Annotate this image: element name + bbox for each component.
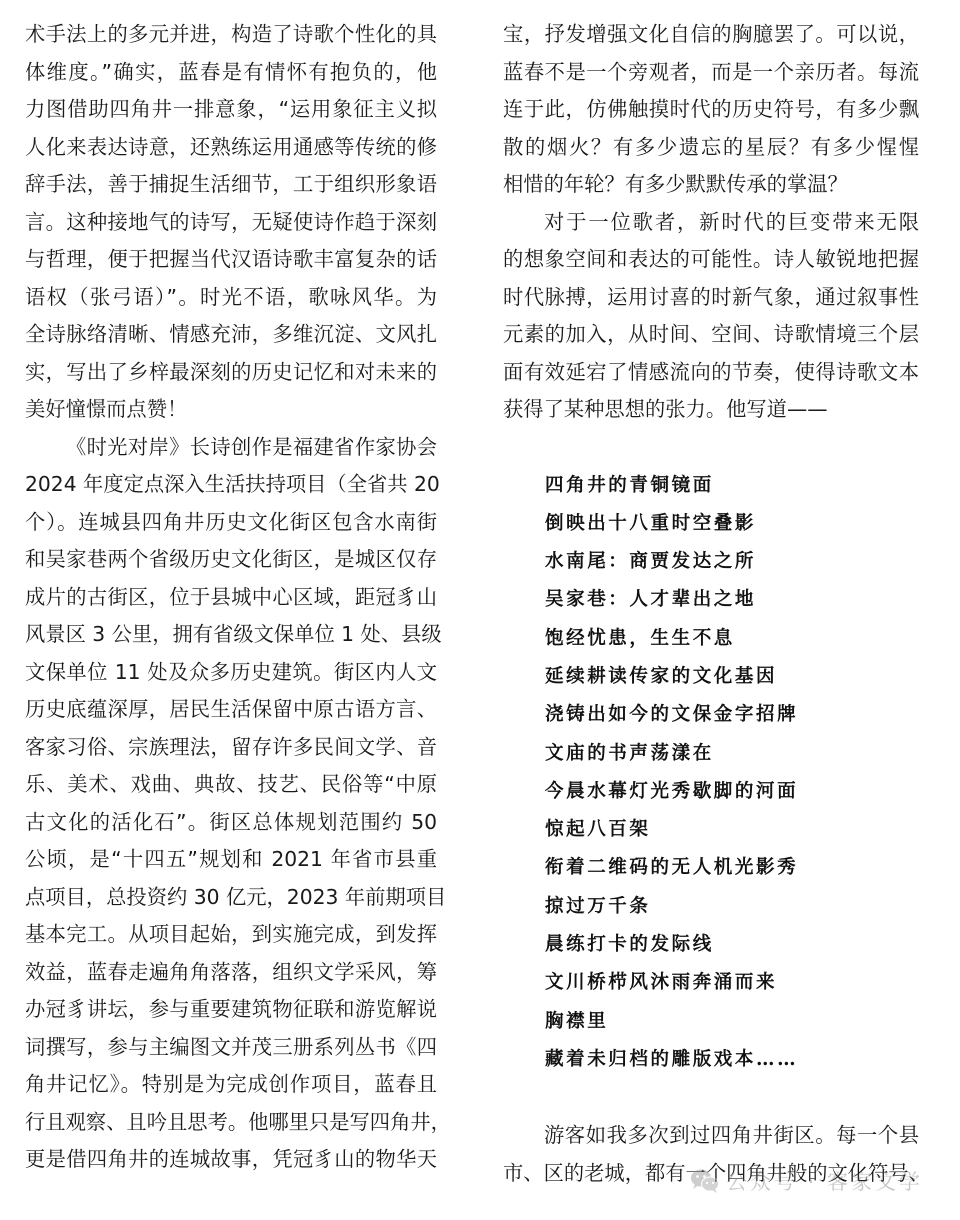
text-line: 2024 年度定点深入生活扶持项目（全省共 20 [25,466,437,504]
poem-line: 今晨水幕灯光秀歇脚的河面 [545,773,919,811]
document-page: 术手法上的多元并进，构造了诗歌个性化的具 体维度。”确实，蓝春是有情怀有抱负的，… [0,0,960,1220]
paragraph: 术手法上的多元并进，构造了诗歌个性化的具 体维度。”确实，蓝春是有情怀有抱负的，… [25,16,437,429]
poem-line: 延续耕读传家的文化基因 [545,658,919,696]
text-line: 连于此，仿佛触摸时代的历史符号，有多少飘 [503,91,919,129]
text-line: 辞手法，善于捕捉生活细节，工于组织形象语 [25,166,437,204]
poem-line: 文庙的书声荡漾在 [545,735,919,773]
text-line: 效益，蓝春走遍角角落落，组织文学采风，筹 [25,954,437,992]
poem-line: 衔着二维码的无人机光影秀 [545,849,919,887]
poem-excerpt: 四角井的青铜镜面 倒映出十八重时空叠影 水南尾：商贾发达之所 吴家巷：人才辈出之… [503,467,919,1080]
text-line: 对于一位歌者，新时代的巨变带来无限 [503,204,919,242]
text-line: 全诗脉络清晰、情感充沛，多维沉淀、文风扎 [25,316,437,354]
paragraph: 游客如我多次到过四角井街区。每一个县 市、区的老城，都有一个四角井般的文化符号、 [503,1117,919,1192]
poem-line: 吴家巷：人才辈出之地 [545,581,919,619]
text-line: 和吴家巷两个省级历史文化街区，是城区仅存 [25,541,437,579]
text-line: 时代脉搏，运用讨喜的时新气象，通过叙事性 [503,279,919,317]
paragraph: 宝，抒发增强文化自信的胸臆罢了。可以说， 蓝春不是一个旁观者，而是一个亲历者。每… [503,16,919,204]
text-line: 人化来表达诗意，还熟练运用通感等传统的修 [25,129,437,167]
paragraph: 《时光对岸》长诗创作是福建省作家协会 2024 年度定点深入生活扶持项目（全省共… [25,429,437,1217]
text-line: 面有效延宕了情感流向的节奏，使得诗歌文本 [503,354,919,392]
poem-line: 藏着未归档的雕版戏本…… [545,1041,919,1079]
poem-line: 水南尾：商贾发达之所 [545,543,919,581]
text-line [25,1179,437,1217]
text-line: 角井记忆》。特别是为完成创作项目，蓝春且 [25,1066,437,1104]
text-line: 个）。连城县四角井历史文化街区包含水南街 [25,504,437,542]
text-line: 宝，抒发增强文化自信的胸臆罢了。可以说， [503,16,919,54]
text-line: 实，写出了乡梓最深刻的历史记忆和对未来的 [25,354,437,392]
poem-line: 晨练打卡的发际线 [545,926,919,964]
poem-line: 浇铸出如今的文保金字招牌 [545,696,919,734]
text-line: 与哲理，便于把握当代汉语诗歌丰富复杂的话 [25,241,437,279]
right-column: 宝，抒发增强文化自信的胸臆罢了。可以说， 蓝春不是一个旁观者，而是一个亲历者。每… [503,16,919,1192]
text-line: 《时光对岸》长诗创作是福建省作家协会 [25,429,437,467]
text-line: 元素的加入，从时间、空间、诗歌情境三个层 [503,316,919,354]
text-line: 成片的古街区，位于县城中心区域，距冠豸山 [25,579,437,617]
text-line: 体维度。”确实，蓝春是有情怀有抱负的，他 [25,54,437,92]
text-line: 散的烟火？有多少遗忘的星辰？有多少惺惺 [503,129,919,167]
poem-line: 倒映出十八重时空叠影 [545,505,919,543]
text-line: 词撰写，参与主编图文并茂三册系列丛书《四 [25,1029,437,1067]
text-line: 获得了某种思想的张力。他写道—— [503,391,919,429]
text-line: 相惜的年轮？有多少默默传承的掌温？ [503,166,919,204]
text-line: 风景区 3 公里，拥有省级文保单位 1 处、县级 [25,616,437,654]
poem-line: 惊起八百架 [545,811,919,849]
text-line: 公顷，是“十四五”规划和 2021 年省市县重 [25,841,437,879]
text-line: 言。这种接地气的诗写，无疑使诗作趋于深刻 [25,204,437,242]
text-line: 历史底蕴深厚，居民生活保留中原古语方言、 [25,691,437,729]
text-line: 乐、美术、戏曲、典故、技艺、民俗等“中原 [25,766,437,804]
text-line: 力图借助四角井一排意象，“运用象征主义拟 [25,91,437,129]
poem-line: 饱经忧患，生生不息 [545,620,919,658]
text-line: 的想象空间和表达的可能性。诗人敏锐地把握 [503,241,919,279]
text-line: 更是借四角井的连城故事，凭冠豸山的物华天 [25,1141,437,1179]
text-line: 办冠豸讲坛，参与重要建筑物征联和游览解说 [25,991,437,1029]
poem-line: 四角井的青铜镜面 [545,467,919,505]
poem-line: 胸襟里 [545,1003,919,1041]
text-line: 文保单位 11 处及众多历史建筑。街区内人文 [25,654,437,692]
poem-line: 掠过万千条 [545,888,919,926]
text-line: 点项目，总投资约 30 亿元，2023 年前期项目 [25,879,437,917]
text-line: 蓝春不是一个旁观者，而是一个亲历者。每流 [503,54,919,92]
text-line: 市、区的老城，都有一个四角井般的文化符号、 [503,1155,919,1193]
left-column: 术手法上的多元并进，构造了诗歌个性化的具 体维度。”确实，蓝春是有情怀有抱负的，… [25,16,437,1216]
text-line: 行且观察、且吟且思考。他哪里只是写四角井， [25,1104,437,1142]
text-line: 基本完工。从项目起始，到实施完成，到发挥 [25,916,437,954]
text-line: 术手法上的多元并进，构造了诗歌个性化的具 [25,16,437,54]
text-line: 语权（张弓语）”。时光不语，歌咏风华。为 [25,279,437,317]
poem-line: 文川桥栉风沐雨奔涌而来 [545,964,919,1002]
text-line: 古文化的活化石”。街区总体规划范围约 50 [25,804,437,842]
text-line: 美好憧憬而点赞！ [25,391,437,429]
text-line: 客家习俗、宗族理法，留存许多民间文学、音 [25,729,437,767]
paragraph: 对于一位歌者，新时代的巨变带来无限 的想象空间和表达的可能性。诗人敏锐地把握 时… [503,204,919,429]
text-line: 游客如我多次到过四角井街区。每一个县 [503,1117,919,1155]
